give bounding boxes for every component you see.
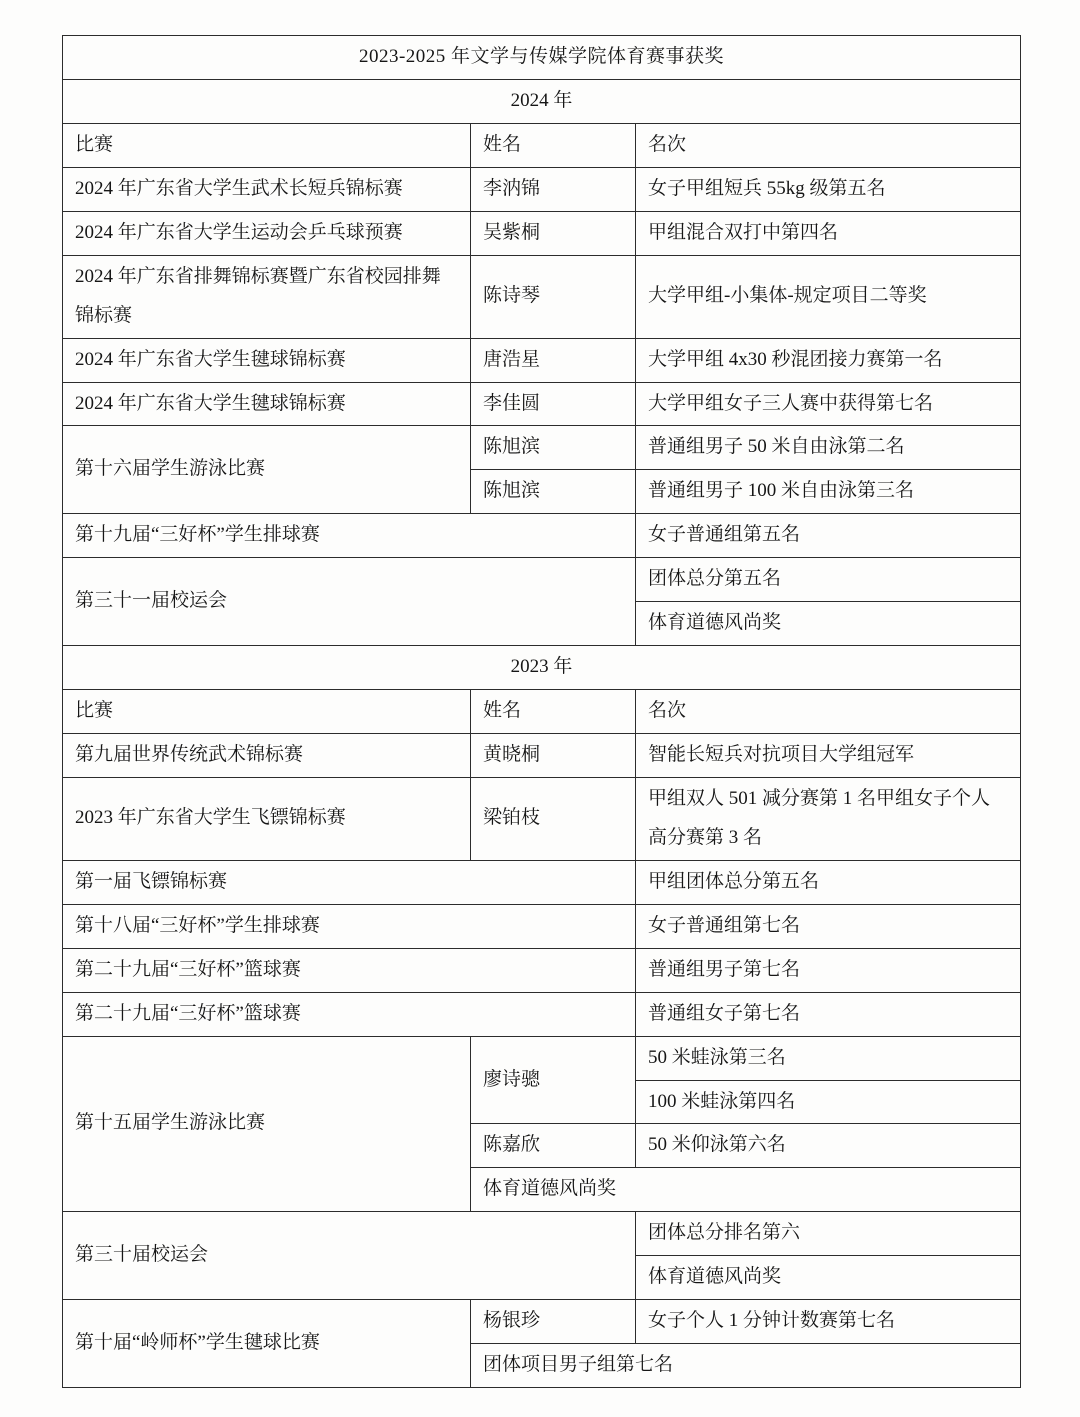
result-cell: 大学甲组 4x30 秒混团接力赛第一名 (636, 338, 1021, 382)
competition-cell: 第十九届“三好杯”学生排球赛 (63, 514, 636, 558)
name-cell: 廖诗骢 (471, 1036, 636, 1124)
result-cell: 50 米蛙泳第三名 (636, 1036, 1021, 1080)
table-row: 2024 年广东省大学生毽球锦标赛 唐浩星 大学甲组 4x30 秒混团接力赛第一… (63, 338, 1021, 382)
column-header-result: 名次 (636, 690, 1021, 734)
result-cell: 体育道德风尚奖 (471, 1168, 1021, 1212)
competition-cell: 第二十九届“三好杯”篮球赛 (63, 948, 636, 992)
result-cell: 智能长短兵对抗项目大学组冠军 (636, 734, 1021, 778)
name-cell: 陈旭滨 (471, 426, 636, 470)
result-cell: 大学甲组-小集体-规定项目二等奖 (636, 255, 1021, 338)
competition-cell: 2024 年广东省排舞锦标赛暨广东省校园排舞锦标赛 (63, 255, 471, 338)
name-cell: 李汭锦 (471, 167, 636, 211)
name-cell: 梁铂枝 (471, 777, 636, 860)
competition-cell: 第十八届“三好杯”学生排球赛 (63, 904, 636, 948)
table-row: 第三十届校运会 团体总分排名第六 (63, 1212, 1021, 1256)
competition-cell: 第十五届学生游泳比赛 (63, 1036, 471, 1212)
result-cell: 团体总分第五名 (636, 558, 1021, 602)
competition-cell: 第十届“岭师杯”学生毽球比赛 (63, 1300, 471, 1388)
result-cell: 甲组双人 501 减分赛第 1 名甲组女子个人高分赛第 3 名 (636, 777, 1021, 860)
competition-cell: 2024 年广东省大学生毽球锦标赛 (63, 382, 471, 426)
column-header-name: 姓名 (471, 123, 636, 167)
table-row: 2023-2025 年文学与传媒学院体育赛事获奖 (63, 36, 1021, 80)
competition-cell: 第十六届学生游泳比赛 (63, 426, 471, 514)
competition-cell: 2024 年广东省大学生运动会乒乓球预赛 (63, 211, 471, 255)
result-cell: 甲组团体总分第五名 (636, 860, 1021, 904)
competition-cell: 第二十九届“三好杯”篮球赛 (63, 992, 636, 1036)
table-row: 2023 年广东省大学生飞镖锦标赛 梁铂枝 甲组双人 501 减分赛第 1 名甲… (63, 777, 1021, 860)
competition-cell: 2023 年广东省大学生飞镖锦标赛 (63, 777, 471, 860)
name-cell: 陈诗琴 (471, 255, 636, 338)
name-cell: 陈嘉欣 (471, 1124, 636, 1168)
result-cell: 普通组男子 100 米自由泳第三名 (636, 470, 1021, 514)
name-cell: 唐浩星 (471, 338, 636, 382)
year-header: 2024 年 (63, 79, 1021, 123)
name-cell: 吴紫桐 (471, 211, 636, 255)
competition-cell: 第三十届校运会 (63, 1212, 636, 1300)
table-row: 第三十一届校运会 团体总分第五名 (63, 558, 1021, 602)
table-row: 第十五届学生游泳比赛 廖诗骢 50 米蛙泳第三名 (63, 1036, 1021, 1080)
result-cell: 普通组女子第七名 (636, 992, 1021, 1036)
name-cell: 杨银珍 (471, 1300, 636, 1344)
table-row: 第十八届“三好杯”学生排球赛 女子普通组第七名 (63, 904, 1021, 948)
table-row: 比赛 姓名 名次 (63, 690, 1021, 734)
result-cell: 女子个人 1 分钟计数赛第七名 (636, 1300, 1021, 1344)
table-row: 第十九届“三好杯”学生排球赛 女子普通组第五名 (63, 514, 1021, 558)
table-row: 2024 年广东省大学生武术长短兵锦标赛 李汭锦 女子甲组短兵 55kg 级第五… (63, 167, 1021, 211)
table-row: 第一届飞镖锦标赛 甲组团体总分第五名 (63, 860, 1021, 904)
table-row: 2024 年广东省大学生毽球锦标赛 李佳圆 大学甲组女子三人赛中获得第七名 (63, 382, 1021, 426)
result-cell: 普通组男子第七名 (636, 948, 1021, 992)
column-header-name: 姓名 (471, 690, 636, 734)
competition-cell: 2024 年广东省大学生毽球锦标赛 (63, 338, 471, 382)
result-cell: 团体项目男子组第七名 (471, 1344, 1021, 1388)
result-cell: 甲组混合双打中第四名 (636, 211, 1021, 255)
result-cell: 女子普通组第七名 (636, 904, 1021, 948)
competition-cell: 第三十一届校运会 (63, 558, 636, 646)
name-cell: 黄晓桐 (471, 734, 636, 778)
result-cell: 女子普通组第五名 (636, 514, 1021, 558)
name-cell: 陈旭滨 (471, 470, 636, 514)
table-row: 2024 年 (63, 79, 1021, 123)
result-cell: 体育道德风尚奖 (636, 1256, 1021, 1300)
column-header-competition: 比赛 (63, 123, 471, 167)
table-row: 2023 年 (63, 646, 1021, 690)
competition-cell: 2024 年广东省大学生武术长短兵锦标赛 (63, 167, 471, 211)
table-row: 2024 年广东省大学生运动会乒乓球预赛 吴紫桐 甲组混合双打中第四名 (63, 211, 1021, 255)
result-cell: 大学甲组女子三人赛中获得第七名 (636, 382, 1021, 426)
result-cell: 100 米蛙泳第四名 (636, 1080, 1021, 1124)
awards-table: 2023-2025 年文学与传媒学院体育赛事获奖 2024 年 比赛 姓名 名次… (62, 35, 1021, 1388)
table-row: 比赛 姓名 名次 (63, 123, 1021, 167)
column-header-result: 名次 (636, 123, 1021, 167)
result-cell: 团体总分排名第六 (636, 1212, 1021, 1256)
result-cell: 体育道德风尚奖 (636, 602, 1021, 646)
result-cell: 50 米仰泳第六名 (636, 1124, 1021, 1168)
result-cell: 普通组男子 50 米自由泳第二名 (636, 426, 1021, 470)
table-row: 第二十九届“三好杯”篮球赛 普通组男子第七名 (63, 948, 1021, 992)
result-cell: 女子甲组短兵 55kg 级第五名 (636, 167, 1021, 211)
year-header: 2023 年 (63, 646, 1021, 690)
table-title: 2023-2025 年文学与传媒学院体育赛事获奖 (63, 36, 1021, 80)
table-row: 第九届世界传统武术锦标赛 黄晓桐 智能长短兵对抗项目大学组冠军 (63, 734, 1021, 778)
table-row: 第十六届学生游泳比赛 陈旭滨 普通组男子 50 米自由泳第二名 (63, 426, 1021, 470)
name-cell: 李佳圆 (471, 382, 636, 426)
competition-cell: 第九届世界传统武术锦标赛 (63, 734, 471, 778)
table-row: 第十届“岭师杯”学生毽球比赛 杨银珍 女子个人 1 分钟计数赛第七名 (63, 1300, 1021, 1344)
table-row: 2024 年广东省排舞锦标赛暨广东省校园排舞锦标赛 陈诗琴 大学甲组-小集体-规… (63, 255, 1021, 338)
document-page: 2023-2025 年文学与传媒学院体育赛事获奖 2024 年 比赛 姓名 名次… (0, 0, 1080, 1417)
column-header-competition: 比赛 (63, 690, 471, 734)
competition-cell: 第一届飞镖锦标赛 (63, 860, 636, 904)
table-row: 第二十九届“三好杯”篮球赛 普通组女子第七名 (63, 992, 1021, 1036)
